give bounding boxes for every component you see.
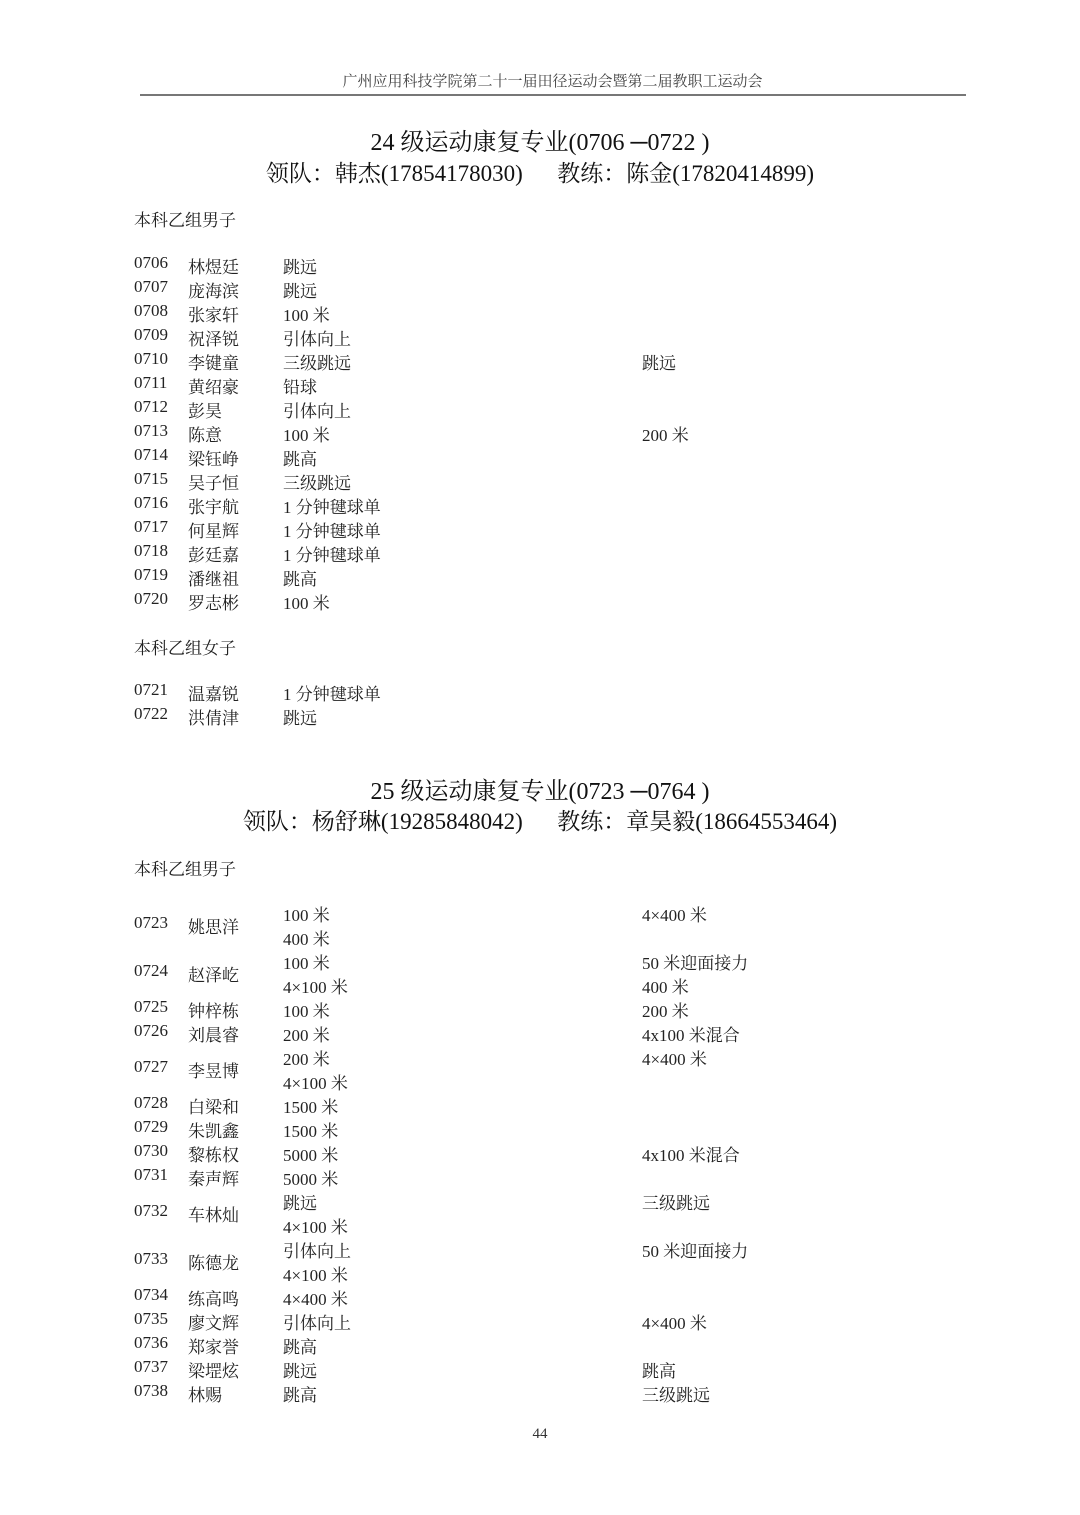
athlete-name: 姚思洋: [188, 913, 239, 938]
athlete-name: 潘继祖: [188, 565, 239, 590]
event-1: 1 分钟毽球单: [283, 541, 381, 566]
athlete-name: 林赐: [188, 1381, 222, 1406]
event-2: 三级跳远: [642, 1189, 710, 1214]
table-row: 0716张宇航1 分钟毽球单: [0, 493, 1080, 517]
event-1-line2: 4×100 米: [283, 1213, 348, 1238]
table-row: 0732车林灿跳远4×100 米三级跳远: [0, 1189, 1080, 1237]
table-row: 0737梁堽炫跳远跳高: [0, 1357, 1080, 1381]
leader-coach-line: 领队：韩杰(17854178030) 教练：陈金(17820414899): [0, 155, 1080, 188]
event-1: 100 米: [283, 901, 330, 926]
athlete-number: 0728: [134, 1093, 168, 1113]
event-2: 4×400 米: [642, 1309, 707, 1334]
athlete-number: 0736: [134, 1333, 168, 1353]
event-1: 200 米: [283, 1045, 330, 1070]
athlete-name: 车林灿: [188, 1201, 239, 1226]
table-row: 0711黄绍豪铅球: [0, 373, 1080, 397]
athlete-name: 廖文辉: [188, 1309, 239, 1334]
athlete-name: 吴子恒: [188, 469, 239, 494]
athlete-number: 0719: [134, 565, 168, 585]
table-row: 0738林赐跳高三级跳远: [0, 1381, 1080, 1405]
athlete-name: 李键童: [188, 349, 239, 374]
table-row: 0725钟梓栋100 米200 米: [0, 997, 1080, 1021]
athlete-name: 刘晨睿: [188, 1021, 239, 1046]
event-1-line2: 400 米: [283, 925, 330, 950]
athlete-name: 赵泽屹: [188, 961, 239, 986]
table-row: 0717何星辉1 分钟毽球单: [0, 517, 1080, 541]
athlete-number: 0711: [134, 373, 167, 393]
event-1: 100 米: [283, 949, 330, 974]
table-row: 0719潘继祖跳高: [0, 565, 1080, 589]
table-row: 0723姚思洋100 米400 米4×400 米: [0, 901, 1080, 949]
athlete-number: 0715: [134, 469, 168, 489]
table-row: 0728白梁和1500 米: [0, 1093, 1080, 1117]
athlete-number: 0735: [134, 1309, 168, 1329]
group-label: 本科乙组男子: [134, 855, 236, 880]
athlete-name: 祝泽锐: [188, 325, 239, 350]
athlete-name: 彭昊: [188, 397, 222, 422]
table-row: 0714梁钰峥跳高: [0, 445, 1080, 469]
group-label: 本科乙组男子: [134, 206, 236, 231]
athlete-name: 李昱博: [188, 1057, 239, 1082]
athlete-number: 0727: [134, 1057, 168, 1077]
event-2: 跳远: [642, 349, 676, 374]
athlete-name: 郑家誉: [188, 1333, 239, 1358]
athlete-name: 林煜廷: [188, 253, 239, 278]
event-1: 1 分钟毽球单: [283, 517, 381, 542]
table-row: 0736郑家誉跳高: [0, 1333, 1080, 1357]
athlete-number: 0712: [134, 397, 168, 417]
athlete-name: 梁钰峥: [188, 445, 239, 470]
athlete-number: 0737: [134, 1357, 168, 1377]
athlete-name: 张宇航: [188, 493, 239, 518]
event-1-line2: 4×100 米: [283, 1069, 348, 1094]
event-1: 跳高: [283, 565, 317, 590]
athlete-name: 陈德龙: [188, 1249, 239, 1274]
table-row: 0712彭昊引体向上: [0, 397, 1080, 421]
event-1: 100 米: [283, 421, 330, 446]
athlete-name: 罗志彬: [188, 589, 239, 614]
athlete-number: 0733: [134, 1249, 168, 1269]
event-1: 1 分钟毽球单: [283, 680, 381, 705]
event-2: 跳高: [642, 1357, 676, 1382]
event-2: 50 米迎面接力: [642, 1237, 748, 1262]
event-2: 50 米迎面接力: [642, 949, 748, 974]
event-2: 三级跳远: [642, 1381, 710, 1406]
athlete-name: 庞海滨: [188, 277, 239, 302]
table-row: 0721温嘉锐1 分钟毽球单: [0, 680, 1080, 704]
athlete-number: 0718: [134, 541, 168, 561]
table-row: 0730黎栋权5000 米4x100 米混合: [0, 1141, 1080, 1165]
athlete-name: 梁堽炫: [188, 1357, 239, 1382]
event-1: 5000 米: [283, 1165, 338, 1190]
table-row: 0708张家轩100 米: [0, 301, 1080, 325]
athlete-name: 白梁和: [188, 1093, 239, 1118]
event-1: 100 米: [283, 589, 330, 614]
athlete-name: 钟梓栋: [188, 997, 239, 1022]
athlete-name: 黄绍豪: [188, 373, 239, 398]
header-rule: [140, 94, 966, 96]
athlete-number: 0707: [134, 277, 168, 297]
group-label: 本科乙组女子: [134, 634, 236, 659]
athlete-name: 张家轩: [188, 301, 239, 326]
athlete-name: 洪倩津: [188, 704, 239, 729]
event-1: 200 米: [283, 1021, 330, 1046]
table-row: 0720罗志彬100 米: [0, 589, 1080, 613]
event-2: 4×400 米: [642, 1045, 707, 1070]
running-header: 广州应用科技学院第二十一届田径运动会暨第二届教职工运动会: [140, 70, 965, 91]
athlete-number: 0709: [134, 325, 168, 345]
athlete-number: 0723: [134, 913, 168, 933]
event-1: 1500 米: [283, 1093, 338, 1118]
table-row: 0713陈意100 米200 米: [0, 421, 1080, 445]
event-1: 跳远: [283, 253, 317, 278]
table-row: 0724赵泽屹100 米4×100 米50 米迎面接力400 米: [0, 949, 1080, 997]
event-1: 跳高: [283, 1381, 317, 1406]
event-2: 200 米: [642, 997, 689, 1022]
table-row: 0718彭廷嘉1 分钟毽球单: [0, 541, 1080, 565]
table-row: 0729朱凯鑫1500 米: [0, 1117, 1080, 1141]
event-1: 跳高: [283, 445, 317, 470]
athlete-number: 0724: [134, 961, 168, 981]
athlete-number: 0717: [134, 517, 168, 537]
event-1: 跳高: [283, 1333, 317, 1358]
athlete-name: 温嘉锐: [188, 680, 239, 705]
table-row: 0727李昱博200 米4×100 米4×400 米: [0, 1045, 1080, 1093]
athlete-name: 陈意: [188, 421, 222, 446]
table-row: 0734练高鸣4×400 米: [0, 1285, 1080, 1309]
event-1: 跳远: [283, 704, 317, 729]
table-row: 0735廖文辉引体向上4×400 米: [0, 1309, 1080, 1333]
table-row: 0707庞海滨跳远: [0, 277, 1080, 301]
table-row: 0715吴子恒三级跳远: [0, 469, 1080, 493]
athlete-number: 0730: [134, 1141, 168, 1161]
athlete-number: 0713: [134, 421, 168, 441]
table-row: 0710李键童三级跳远跳远: [0, 349, 1080, 373]
athlete-name: 练高鸣: [188, 1285, 239, 1310]
event-1: 100 米: [283, 997, 330, 1022]
table-row: 0731秦声辉5000 米: [0, 1165, 1080, 1189]
athlete-number: 0734: [134, 1285, 168, 1305]
table-row: 0726刘晨睿200 米4x100 米混合: [0, 1021, 1080, 1045]
athlete-number: 0721: [134, 680, 168, 700]
event-1: 引体向上: [283, 1237, 351, 1262]
event-1: 1500 米: [283, 1117, 338, 1142]
athlete-number: 0716: [134, 493, 168, 513]
event-1-line2: 4×100 米: [283, 973, 348, 998]
athlete-number: 0731: [134, 1165, 168, 1185]
athlete-name: 黎栋权: [188, 1141, 239, 1166]
event-2: 200 米: [642, 421, 689, 446]
event-2: 4x100 米混合: [642, 1141, 740, 1166]
event-1-line2: 4×100 米: [283, 1261, 348, 1286]
event-1: 引体向上: [283, 397, 351, 422]
page-number: 44: [0, 1426, 1080, 1443]
event-1: 1 分钟毽球单: [283, 493, 381, 518]
event-2: 4x100 米混合: [642, 1021, 740, 1046]
athlete-number: 0722: [134, 704, 168, 724]
event-1: 100 米: [283, 301, 330, 326]
leader-coach-line: 领队：杨舒琳(19285848042) 教练：章昊毅(18664553464): [0, 803, 1080, 836]
event-1: 跳远: [283, 1189, 317, 1214]
table-row: 0722洪倩津跳远: [0, 704, 1080, 728]
athlete-number: 0732: [134, 1201, 168, 1221]
athlete-number: 0738: [134, 1381, 168, 1401]
event-1: 跳远: [283, 277, 317, 302]
athlete-number: 0708: [134, 301, 168, 321]
section-title: 24 级运动康复专业(0706 ─0722 ): [0, 122, 1080, 157]
athlete-number: 0720: [134, 589, 168, 609]
athlete-name: 何星辉: [188, 517, 239, 542]
athlete-number: 0729: [134, 1117, 168, 1137]
event-1: 引体向上: [283, 1309, 351, 1334]
athlete-number: 0710: [134, 349, 168, 369]
athlete-number: 0714: [134, 445, 168, 465]
athlete-name: 朱凯鑫: [188, 1117, 239, 1142]
event-1: 铅球: [283, 373, 317, 398]
event-2: 4×400 米: [642, 901, 707, 926]
event-2-line2: 400 米: [642, 973, 689, 998]
section-title: 25 级运动康复专业(0723 ─0764 ): [0, 771, 1080, 806]
athlete-number: 0725: [134, 997, 168, 1017]
event-1: 跳远: [283, 1357, 317, 1382]
table-row: 0709祝泽锐引体向上: [0, 325, 1080, 349]
event-1: 5000 米: [283, 1141, 338, 1166]
event-1: 引体向上: [283, 325, 351, 350]
event-1: 三级跳远: [283, 349, 351, 374]
table-row: 0733陈德龙引体向上4×100 米50 米迎面接力: [0, 1237, 1080, 1285]
event-1: 4×400 米: [283, 1285, 348, 1310]
athlete-name: 彭廷嘉: [188, 541, 239, 566]
athlete-number: 0726: [134, 1021, 168, 1041]
athlete-number: 0706: [134, 253, 168, 273]
event-1: 三级跳远: [283, 469, 351, 494]
table-row: 0706林煜廷跳远: [0, 253, 1080, 277]
athlete-name: 秦声辉: [188, 1165, 239, 1190]
